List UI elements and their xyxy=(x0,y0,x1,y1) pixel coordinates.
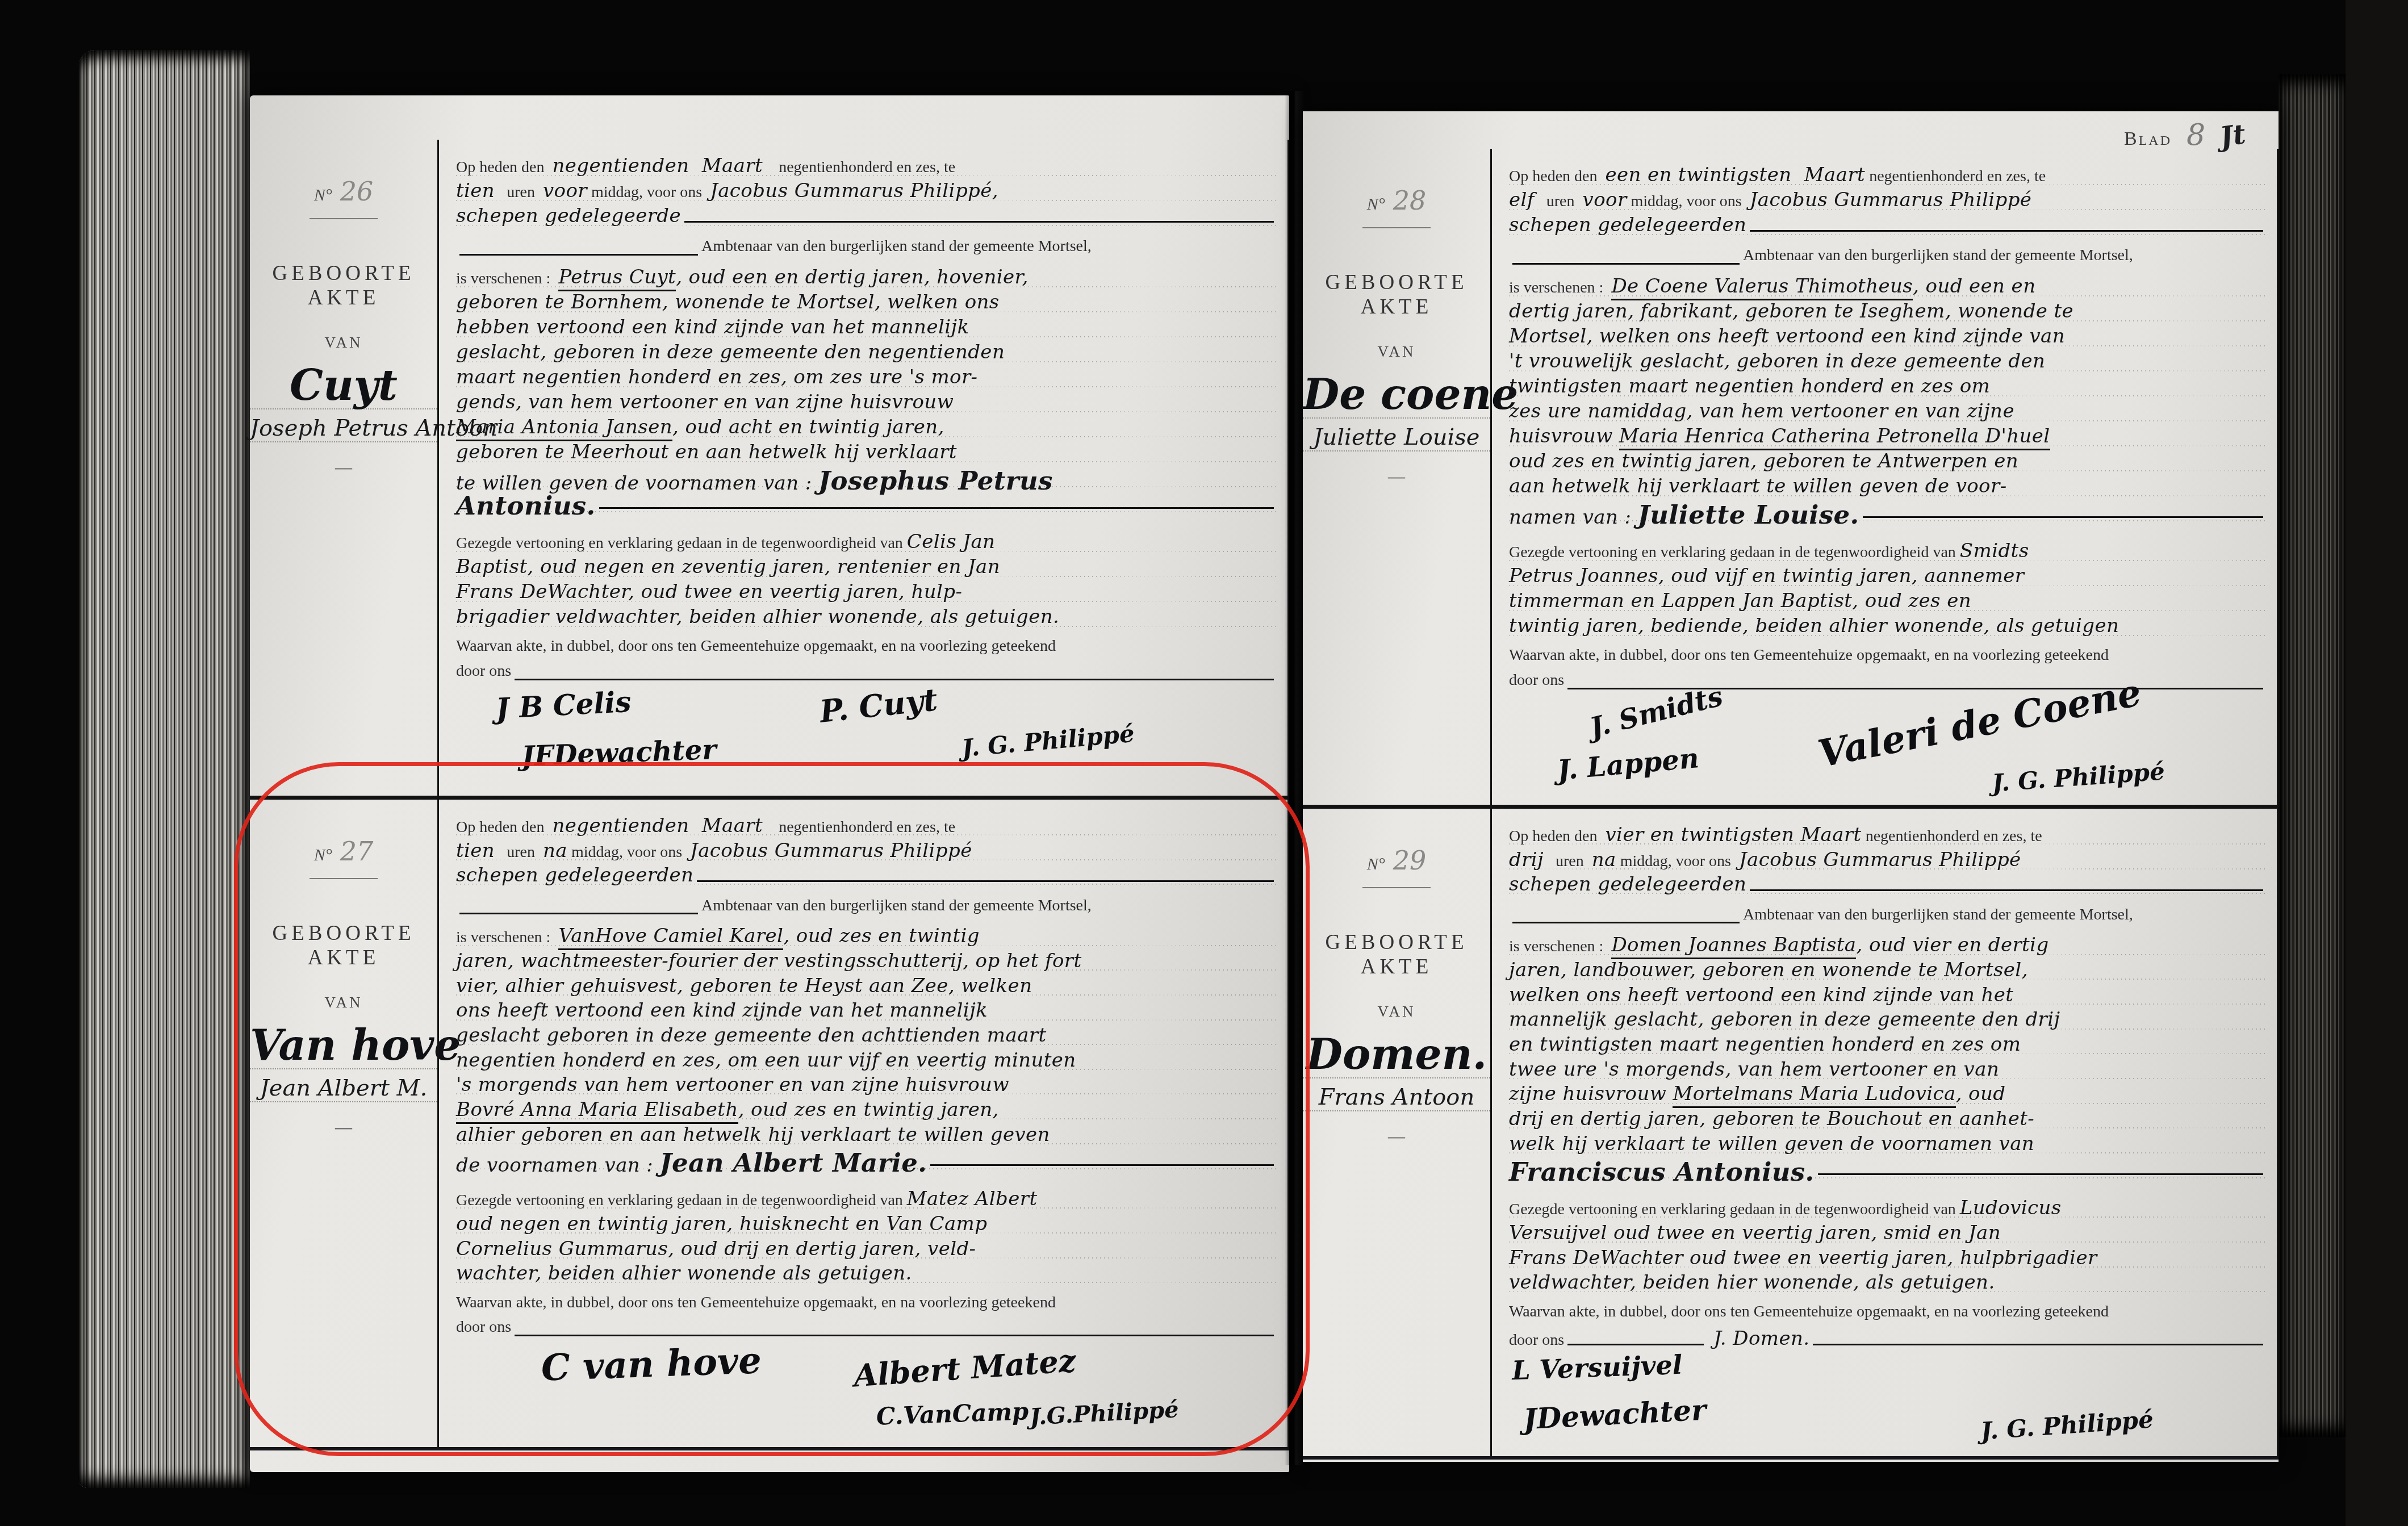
handwritten-text: tien xyxy=(456,839,495,862)
act-number-divider xyxy=(310,218,378,219)
handwritten-text: na xyxy=(1592,848,1616,871)
act-margin-dash: — xyxy=(1303,467,1490,487)
act-line: drij en dertig jaren, geboren te Bouchou… xyxy=(1509,1107,2267,1132)
handwritten-text: Versuijvel oud twee en veertig jaren, sm… xyxy=(1509,1222,2001,1244)
handwritten-text: zijne huisvrouw xyxy=(1509,1082,1673,1105)
act-number-value: 26 xyxy=(332,176,374,207)
rule-line xyxy=(459,253,698,256)
rule-line xyxy=(1813,1343,2263,1345)
handwritten-text: Smidts xyxy=(1960,540,2029,562)
act-child-surname: De coene xyxy=(1303,373,1490,419)
act-child-surname: Cuyt xyxy=(250,364,437,409)
handwritten-text: wachter, beiden alhier wonende als getui… xyxy=(456,1262,912,1285)
act-line: is verschenen : VanHove Camiel Karel, ou… xyxy=(456,925,1277,950)
act-line: Franciscus Antonius. xyxy=(1509,1157,2267,1182)
handwritten-text: De Coene Valerus Thimotheus xyxy=(1611,275,1913,300)
handwritten-text: drij en dertig jaren, geboren te Bouchou… xyxy=(1509,1107,2034,1130)
printed-text: Op heden den xyxy=(1509,827,1606,846)
act-line: aan hetwelk hij verklaart te willen geve… xyxy=(1509,475,2267,500)
act-line: Waarvan akte, in dubbel, door ons ten Ge… xyxy=(456,637,1277,662)
handwritten-text: alhier geboren en aan hetwelk hij verkla… xyxy=(456,1123,1050,1146)
handwritten-text: vier en twintigsten Maart xyxy=(1606,823,1862,846)
handwritten-text: twintigsten maart negentien honderd en z… xyxy=(1509,375,1990,398)
act-number-value: 27 xyxy=(332,836,374,867)
act-margin-column: N°27GEBOORTE AKTEVANVan hoveJean Albert … xyxy=(250,800,437,1447)
handwritten-text: Matez Albert xyxy=(907,1188,1038,1210)
act-line: Op heden den negentienden Maart negentie… xyxy=(456,814,1277,839)
handwritten-text: Jacobus Gummarus Philippé xyxy=(1750,189,2032,211)
rule-line xyxy=(1512,921,1740,923)
handwritten-text: 's morgends van hem vertooner en van zij… xyxy=(456,1073,1009,1096)
rule-line xyxy=(1567,687,2263,689)
act-line: Ambtenaar van den burgerlijken stand der… xyxy=(456,237,1277,262)
act-van-label: VAN xyxy=(250,994,437,1011)
signature: Albert Matez xyxy=(852,1342,1077,1394)
act-line: hebben vertoond een kind zijnde van het … xyxy=(456,316,1277,341)
rule-line xyxy=(684,220,1274,223)
act-margin-dash: — xyxy=(250,458,437,478)
handwritten-text: Ludovicus xyxy=(1960,1197,2062,1219)
handwritten-text: Petrus Cuyt xyxy=(558,266,676,291)
signature-area: C van hoveAlbert MatezC.VanCampJ.G.Phili… xyxy=(456,1343,1277,1447)
signature: J. Lappen xyxy=(1556,742,1700,787)
act-line: negentien honderd en zes, om een uur vij… xyxy=(456,1049,1277,1074)
act-line: mannelijk geslacht, geboren in deze geme… xyxy=(1509,1008,2267,1033)
handwritten-text: voor xyxy=(543,179,587,202)
act-line: brigadier veldwachter, beiden alhier won… xyxy=(456,605,1277,630)
act-line: schepen gedelegeerden xyxy=(1509,873,2267,898)
act-number-row: N°27 xyxy=(250,836,437,867)
act-line: elf uren voor middag, voor ons Jacobus G… xyxy=(1509,189,2267,214)
handwritten-text: zes ure namiddag, van hem vertooner en v… xyxy=(1509,400,2014,423)
handwritten-text: huisvrouw xyxy=(1509,425,1619,448)
handwritten-text: , oud xyxy=(1956,1082,2006,1105)
act-line: Gezegde vertooning en verklaring gedaan … xyxy=(1509,540,2267,565)
act-line: oud negen en twintig jaren, huisknecht e… xyxy=(456,1213,1277,1237)
printed-text: Waarvan akte, in dubbel, door ons ten Ge… xyxy=(456,637,1056,655)
handwritten-text: na xyxy=(543,839,567,862)
signature: JFDewachter xyxy=(521,734,717,772)
act-title: GEBOORTE AKTE xyxy=(250,261,437,310)
signature: C.VanCamp xyxy=(876,1397,1029,1430)
handwritten-text: Mortelmans Maria Ludovica xyxy=(1673,1082,1955,1108)
act-number-label: N° xyxy=(1367,195,1385,214)
handwritten-text: drij xyxy=(1509,848,1544,871)
printed-text: Gezegde vertooning en verklaring gedaan … xyxy=(1509,1201,1960,1219)
act-line: geslacht geboren in deze gemeente den ac… xyxy=(456,1024,1277,1049)
act-line: Ambtenaar van den burgerlijken stand der… xyxy=(1509,246,2267,271)
act-number-row: N°29 xyxy=(1303,845,1490,876)
act-title: GEBOORTE AKTE xyxy=(1303,270,1490,319)
handwritten-text: en twintigsten maart negentien honderd e… xyxy=(1509,1033,2021,1056)
act-line: gends, van hem vertooner en van zijne hu… xyxy=(456,391,1277,416)
printed-text: door ons xyxy=(456,662,511,680)
handwritten-text: geboren te Meerhout en aan hetwelk hij v… xyxy=(456,441,957,463)
act-child-surname: Van hove xyxy=(250,1024,437,1069)
act-margin-column: N°26GEBOORTE AKTEVANCuytJoseph Petrus An… xyxy=(250,140,437,796)
handwritten-text: veldwachter, beiden hier wonende, als ge… xyxy=(1509,1271,1995,1294)
handwritten-text: geslacht geboren in deze gemeente den ac… xyxy=(456,1024,1047,1047)
handwritten-text: Maria Antonia Jansen xyxy=(456,416,672,441)
printed-text: middag, voor ons xyxy=(1616,852,1739,871)
printed-text: Gezegde vertooning en verklaring gedaan … xyxy=(1509,543,1960,562)
printed-text: negentienhonderd en zes, te xyxy=(763,158,955,177)
rule-line xyxy=(1512,262,1740,265)
act-line: jaren, landbouwer, geboren en wonende te… xyxy=(1509,959,2267,984)
act-line: door ons xyxy=(1509,671,2267,696)
handwritten-text: Jacobus Gummarus Philippé, xyxy=(710,179,998,202)
printed-text: Op heden den xyxy=(456,158,553,177)
act-line: Frans DeWachter, oud twee en veertig jar… xyxy=(456,580,1277,605)
printed-text: is verschenen : xyxy=(456,929,558,947)
handwritten-text: , oud acht en twintig jaren, xyxy=(672,416,944,438)
act-line: geboren te Meerhout en aan hetwelk hij v… xyxy=(456,441,1277,466)
handwritten-text: oud negen en twintig jaren, huisknecht e… xyxy=(456,1213,987,1235)
act-line: schepen gedelegeerde xyxy=(456,204,1277,229)
rule-line xyxy=(1750,888,2263,891)
act-line: schepen gedelegeerden xyxy=(1509,214,2267,239)
act-line: alhier geboren en aan hetwelk hij verkla… xyxy=(456,1123,1277,1148)
handwritten-text: tien xyxy=(456,179,495,202)
act-main-column: Op heden den negentienden Maart negentie… xyxy=(437,140,1289,796)
handwritten-text: mannelijk geslacht, geboren in deze geme… xyxy=(1509,1008,2060,1031)
handwritten-text: Cornelius Gummarus, oud drij en dertig j… xyxy=(456,1237,976,1260)
act-line: twintigsten maart negentien honderd en z… xyxy=(1509,375,2267,400)
handwritten-text: Antonius. xyxy=(456,491,596,521)
printed-text: negentienhonderd en zes, te xyxy=(1862,827,2042,846)
handwritten-text: gends, van hem vertooner en van zijne hu… xyxy=(456,391,954,413)
act-margin-column: N°29GEBOORTE AKTEVANDomen.Frans Antoon— xyxy=(1303,809,1490,1456)
act-child-given-names: Jean Albert M. xyxy=(250,1075,437,1102)
handwritten-text: schepen gedelegeerden xyxy=(456,864,693,887)
handwritten-text: brigadier veldwachter, beiden alhier won… xyxy=(456,605,1059,628)
printed-text: Ambtenaar van den burgerlijken stand der… xyxy=(701,897,1092,915)
act-line: Op heden den negentienden Maart negentie… xyxy=(456,154,1277,179)
rule-line xyxy=(1567,1343,1704,1345)
signature: L Versuijvel xyxy=(1511,1349,1683,1386)
printed-text: Ambtenaar van den burgerlijken stand der… xyxy=(1743,906,2133,924)
act-child-surname: Domen. xyxy=(1303,1033,1490,1078)
act-line: Gezegde vertooning en verklaring gedaan … xyxy=(1509,1197,2267,1222)
act-line: 's morgends van hem vertooner en van zij… xyxy=(456,1073,1277,1098)
left-page: N°26GEBOORTE AKTEVANCuytJoseph Petrus An… xyxy=(250,95,1289,1472)
act-line: Cornelius Gummarus, oud drij en dertig j… xyxy=(456,1237,1277,1262)
act-line: tien uren voor middag, voor ons Jacobus … xyxy=(456,179,1277,204)
act-line: is verschenen : Domen Joannes Baptista, … xyxy=(1509,934,2267,959)
birth-act-29: N°29GEBOORTE AKTEVANDomen.Frans Antoon—O… xyxy=(1303,809,2279,1460)
act-line: twee ure 's morgends, van hem vertooner … xyxy=(1509,1058,2267,1083)
act-number-label: N° xyxy=(314,186,332,204)
right-page: N°28GEBOORTE AKTEVANDe coeneJuliette Lou… xyxy=(1303,111,2279,1462)
act-line: namen van : Juliette Louise. xyxy=(1509,500,2267,525)
handwritten-text: voor xyxy=(1583,189,1627,211)
printed-text: Waarvan akte, in dubbel, door ons ten Ge… xyxy=(1509,1303,2109,1321)
handwritten-text: , oud een en xyxy=(1913,275,2035,298)
printed-text: Op heden den xyxy=(456,818,553,837)
printed-text: Waarvan akte, in dubbel, door ons ten Ge… xyxy=(456,1294,1056,1312)
handwritten-text: Frans DeWachter, oud twee en veertig jar… xyxy=(456,580,962,603)
handwritten-text: de voornamen van : xyxy=(456,1154,659,1177)
act-line: welk hij verklaart te willen geven de vo… xyxy=(1509,1132,2267,1157)
handwritten-text: maart negentien honderd en zes, om zes u… xyxy=(456,366,978,388)
act-line: dertig jaren, fabrikant, geboren te Iseg… xyxy=(1509,300,2267,325)
printed-text: Waarvan akte, in dubbel, door ons ten Ge… xyxy=(1509,646,2109,664)
handwritten-text: , oud zes en twintig jaren, xyxy=(738,1098,999,1121)
signature: J.G.Philippé xyxy=(1029,1396,1180,1431)
act-line: tien uren na middag, voor ons Jacobus Gu… xyxy=(456,839,1277,864)
act-number-value: 29 xyxy=(1385,845,1427,876)
act-line: zes ure namiddag, van hem vertooner en v… xyxy=(1509,400,2267,425)
blad-number: 8 xyxy=(2187,118,2205,152)
act-main-column: Op heden den een en twintigsten Maart ne… xyxy=(1490,149,2279,805)
act-van-label: VAN xyxy=(250,334,437,352)
handwritten-text: schepen gedelegeerde xyxy=(456,204,681,227)
handwritten-text: 't vrouwelijk geslacht, geboren in deze … xyxy=(1509,350,2045,373)
act-line: drij uren na middag, voor ons Jacobus Gu… xyxy=(1509,848,2267,873)
handwritten-text: aan hetwelk hij verklaart te willen geve… xyxy=(1509,475,2007,497)
signature: P. Cuyt xyxy=(818,681,939,729)
handwritten-text: J. Domen. xyxy=(1707,1327,1809,1350)
blad-label: Blad xyxy=(2124,128,2172,150)
act-line: Versuijvel oud twee en veertig jaren, sm… xyxy=(1509,1222,2267,1247)
printed-text: door ons xyxy=(1509,1331,1564,1349)
handwritten-text: Frans DeWachter oud twee en veertig jare… xyxy=(1509,1247,2097,1269)
printed-text: Ambtenaar van den burgerlijken stand der… xyxy=(1743,246,2133,265)
handwritten-text: geboren te Bornhem, wonende te Mortsel, … xyxy=(456,291,1000,313)
rule-line xyxy=(1750,229,2263,232)
rule-line xyxy=(459,912,698,914)
act-child-given-names: Frans Antoon xyxy=(1303,1084,1490,1111)
handwritten-text: negentien honderd en zes, om een uur vij… xyxy=(456,1049,1076,1072)
handwritten-text: Maria Henrica Catherina Petronella D'hue… xyxy=(1619,425,2050,450)
handwritten-text: Jean Albert Marie. xyxy=(659,1148,927,1178)
act-line: ons heeft vertoond een kind zijnde van h… xyxy=(456,999,1277,1024)
rule-line xyxy=(697,879,1274,882)
act-line: Baptist, oud negen en zeventig jaren, re… xyxy=(456,555,1277,580)
act-line: geslacht, geboren in deze gemeente den n… xyxy=(456,341,1277,366)
handwritten-text: twee ure 's morgends, van hem vertooner … xyxy=(1509,1058,1999,1081)
handwritten-text: Jacobus Gummarus Philippé xyxy=(690,839,972,862)
handwritten-text: Jacobus Gummarus Philippé xyxy=(1739,848,2021,871)
act-line: Op heden den een en twintigsten Maart ne… xyxy=(1509,164,2267,189)
act-line: te willen geven de voornamen van : Josep… xyxy=(456,466,1277,491)
handwritten-text: Juliette Louise. xyxy=(1637,500,1859,530)
act-number-value: 28 xyxy=(1385,185,1427,216)
act-line: oud zes en twintig jaren, geboren te Ant… xyxy=(1509,450,2267,475)
handwritten-text: schepen gedelegeerden xyxy=(1509,214,1746,236)
handwritten-text: , oud een en dertig jaren, hovenier, xyxy=(676,266,1029,289)
printed-text: uren xyxy=(495,183,543,202)
handwritten-text: Baptist, oud negen en zeventig jaren, re… xyxy=(456,555,1000,578)
act-line: geboren te Bornhem, wonende te Mortsel, … xyxy=(456,291,1277,316)
handwritten-text: Bovré Anna Maria Elisabeth xyxy=(456,1098,738,1124)
act-line: huisvrouw Maria Henrica Catherina Petron… xyxy=(1509,425,2267,450)
printed-text: is verschenen : xyxy=(456,270,558,288)
page-edge-stack-left xyxy=(78,50,250,1488)
act-line: Bovré Anna Maria Elisabeth, oud zes en t… xyxy=(456,1098,1277,1123)
act-line: zijne huisvrouw Mortelmans Maria Ludovic… xyxy=(1509,1082,2267,1107)
handwritten-text: jaren, wachtmeester-fourier der vestings… xyxy=(456,950,1081,972)
handwritten-text: schepen gedelegeerden xyxy=(1509,873,1746,896)
rule-line xyxy=(515,678,1274,680)
page-edge-stack-right xyxy=(2279,74,2347,1437)
act-line: welken ons heeft vertoond een kind zijnd… xyxy=(1509,984,2267,1009)
act-line: jaren, wachtmeester-fourier der vestings… xyxy=(456,950,1277,975)
handwritten-text: Franciscus Antonius. xyxy=(1509,1157,1815,1187)
act-number-divider xyxy=(1362,887,1431,888)
act-line: Gezegde vertooning en verklaring gedaan … xyxy=(456,1188,1277,1213)
rule-line xyxy=(930,1163,1274,1166)
handwritten-text: welk hij verklaart te willen geven de vo… xyxy=(1509,1132,2034,1155)
act-line: Petrus Joannes, oud vijf en twintig jare… xyxy=(1509,565,2267,590)
act-van-label: VAN xyxy=(1303,343,1490,361)
act-child-given-names: Juliette Louise xyxy=(1303,424,1490,451)
act-line: Antonius. xyxy=(456,491,1277,516)
signature: J. G. Philippé xyxy=(1980,1405,2155,1445)
printed-text: negentienhonderd en zes, te xyxy=(763,818,955,837)
act-line: Ambtenaar van den burgerlijken stand der… xyxy=(456,897,1277,922)
printed-text: middag, voor ons xyxy=(1627,193,1750,211)
handwritten-text: jaren, landbouwer, geboren en wonende te… xyxy=(1509,959,2028,981)
act-line: wachter, beiden alhier wonende als getui… xyxy=(456,1262,1277,1287)
act-number-divider xyxy=(1362,227,1431,228)
handwritten-text: , oud vier en dertig xyxy=(1856,934,2049,956)
act-line: vier, alhier gehuisvest, geboren te Heys… xyxy=(456,975,1277,1000)
act-line: schepen gedelegeerden xyxy=(456,864,1277,889)
blad-paraph: Jt xyxy=(2218,118,2247,153)
printed-text: uren xyxy=(1535,193,1583,211)
book-cover-right xyxy=(2346,0,2408,1526)
act-line: Op heden den vier en twintigsten Maart n… xyxy=(1509,823,2267,848)
signature: C van hove xyxy=(541,1339,762,1389)
page-number-header: Blad 8 Jt xyxy=(2124,118,2246,152)
printed-text: is verschenen : xyxy=(1509,938,1611,956)
act-line: Gezegde vertooning en verklaring gedaan … xyxy=(456,530,1277,555)
handwritten-text: hebben vertoond een kind zijnde van het … xyxy=(456,316,969,338)
birth-act-26: N°26GEBOORTE AKTEVANCuytJoseph Petrus An… xyxy=(250,140,1289,800)
handwritten-text: elf xyxy=(1509,189,1535,211)
handwritten-text: ons heeft vertoond een kind zijnde van h… xyxy=(456,999,988,1022)
act-main-column: Op heden den vier en twintigsten Maart n… xyxy=(1490,809,2279,1456)
handwritten-text: VanHove Camiel Karel xyxy=(558,925,783,950)
rule-line xyxy=(599,506,1274,509)
printed-text: middag, voor ons xyxy=(587,183,710,202)
printed-text: Op heden den xyxy=(1509,168,1606,186)
act-line: door ons J. Domen. xyxy=(1509,1327,2267,1352)
act-line: door ons xyxy=(456,662,1277,687)
act-margin-dash: — xyxy=(250,1118,437,1138)
handwritten-text: Celis Jan xyxy=(907,530,996,553)
book-gutter xyxy=(1285,91,1305,1465)
handwritten-text: vier, alhier gehuisvest, geboren te Heys… xyxy=(456,975,1032,997)
handwritten-text: Mortsel, welken ons heeft vertoond een k… xyxy=(1509,325,2065,348)
handwritten-text: namen van : xyxy=(1509,506,1637,529)
signature: J. G. Philippé xyxy=(960,720,1135,762)
act-line: Frans DeWachter oud twee en veertig jare… xyxy=(1509,1247,2267,1272)
signature: JDewachter xyxy=(1523,1393,1707,1436)
rule-line xyxy=(1863,515,2263,518)
act-line: maart negentien honderd en zes, om zes u… xyxy=(456,366,1277,391)
printed-text: uren xyxy=(1544,852,1592,871)
act-line: en twintigsten maart negentien honderd e… xyxy=(1509,1033,2267,1058)
rule-line xyxy=(1818,1172,2263,1175)
act-margin-dash: — xyxy=(1303,1127,1490,1147)
printed-text: uren xyxy=(495,843,543,862)
handwritten-text: Petrus Joannes, oud vijf en twintig jare… xyxy=(1509,565,2025,587)
birth-act-28: N°28GEBOORTE AKTEVANDe coeneJuliette Lou… xyxy=(1303,149,2279,809)
act-title: GEBOORTE AKTE xyxy=(1303,930,1490,979)
printed-text: Ambtenaar van den burgerlijken stand der… xyxy=(701,237,1092,256)
act-line: Ambtenaar van den burgerlijken stand der… xyxy=(1509,906,2267,931)
act-number-row: N°26 xyxy=(250,176,437,207)
act-line: timmerman en Lappen Jan Baptist, oud zes… xyxy=(1509,590,2267,614)
act-line: 't vrouwelijk geslacht, geboren in deze … xyxy=(1509,350,2267,375)
handwritten-text: welken ons heeft vertoond een kind zijnd… xyxy=(1509,984,2013,1006)
act-line: Waarvan akte, in dubbel, door ons ten Ge… xyxy=(1509,1303,2267,1328)
printed-text: Gezegde vertooning en verklaring gedaan … xyxy=(456,1191,907,1210)
handwritten-text: dertig jaren, fabrikant, geboren te Iseg… xyxy=(1509,300,2073,323)
act-title: GEBOORTE AKTE xyxy=(250,921,437,970)
signature-area: J B CelisP. CuytJ. G. PhilippéJFDewachte… xyxy=(456,687,1277,792)
birth-act-27: N°27GEBOORTE AKTEVANVan hoveJean Albert … xyxy=(250,800,1289,1450)
printed-text: is verschenen : xyxy=(1509,279,1611,297)
act-number-divider xyxy=(310,878,378,879)
signature: J B Celis xyxy=(495,685,632,725)
signature-area: L VersuijvelJDewachterJ. G. Philippé xyxy=(1509,1352,2267,1456)
act-child-given-names: Joseph Petrus Antoon xyxy=(250,415,437,442)
handwritten-text: timmerman en Lappen Jan Baptist, oud zes… xyxy=(1509,590,1971,612)
handwritten-text: , oud zes en twintig xyxy=(783,925,980,947)
handwritten-text: twintig jaren, bediende, beiden alhier w… xyxy=(1509,614,2119,637)
act-number-label: N° xyxy=(314,846,332,864)
signature-area: J. SmidtsJ. LappenValeri de CoeneJ. G. P… xyxy=(1509,696,2267,801)
act-van-label: VAN xyxy=(1303,1003,1490,1021)
printed-text: negentienhonderd en zes, te xyxy=(1865,168,2046,186)
printed-text: door ons xyxy=(1509,671,1564,689)
act-line: Mortsel, welken ons heeft vertoond een k… xyxy=(1509,325,2267,350)
printed-text: Gezegde vertooning en verklaring gedaan … xyxy=(456,534,907,553)
act-line: Waarvan akte, in dubbel, door ons ten Ge… xyxy=(1509,646,2267,671)
printed-text: door ons xyxy=(456,1318,511,1336)
printed-text: middag, voor ons xyxy=(567,843,690,862)
act-line: door ons xyxy=(456,1318,1277,1343)
act-main-column: Op heden den negentienden Maart negentie… xyxy=(437,800,1289,1447)
handwritten-text: oud zes en twintig jaren, geboren te Ant… xyxy=(1509,450,2018,473)
rule-line xyxy=(515,1333,1274,1336)
act-line: Maria Antonia Jansen, oud acht en twinti… xyxy=(456,416,1277,441)
act-line: is verschenen : De Coene Valerus Thimoth… xyxy=(1509,275,2267,300)
act-line: de voornamen van : Jean Albert Marie. xyxy=(456,1148,1277,1173)
act-margin-column: N°28GEBOORTE AKTEVANDe coeneJuliette Lou… xyxy=(1303,149,1490,805)
handwritten-text: negentienden Maart xyxy=(553,814,763,837)
handwritten-text: Domen Joannes Baptista xyxy=(1611,934,1856,959)
handwritten-text: een en twintigsten Maart xyxy=(1606,164,1866,186)
act-line: twintig jaren, bediende, beiden alhier w… xyxy=(1509,614,2267,639)
signature: J. G. Philippé xyxy=(1991,757,2166,797)
handwritten-text: geslacht, geboren in deze gemeente den n… xyxy=(456,341,1005,363)
register-book-scan: N°26GEBOORTE AKTEVANCuytJoseph Petrus An… xyxy=(0,0,2408,1526)
act-number-label: N° xyxy=(1367,855,1385,873)
act-number-row: N°28 xyxy=(1303,185,1490,216)
handwritten-text: negentienden Maart xyxy=(553,154,763,177)
act-line: is verschenen : Petrus Cuyt, oud een en … xyxy=(456,266,1277,291)
act-line: veldwachter, beiden hier wonende, als ge… xyxy=(1509,1271,2267,1296)
act-line: Waarvan akte, in dubbel, door ons ten Ge… xyxy=(456,1294,1277,1319)
